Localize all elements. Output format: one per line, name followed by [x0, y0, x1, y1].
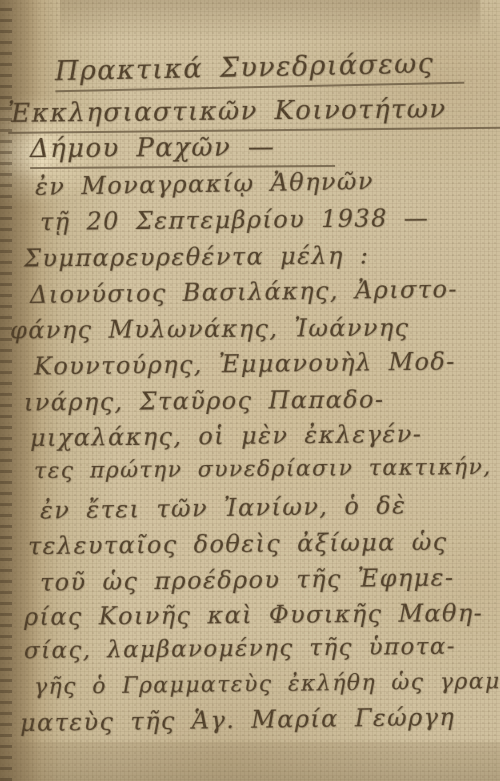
handwritten-line: Δήμου Ραχῶν —	[30, 132, 336, 169]
handwritten-line: τελευταῖος δοθεὶς ἀξίωμα ὡς	[28, 528, 448, 560]
handwritten-line: ἐν ἔτει τῶν Ἰανίων, ὁ δὲ	[40, 491, 407, 524]
handwritten-line: ματεὺς τῆς Ἁγ. Μαρία Γεώργη	[20, 703, 456, 737]
handwritten-line: φάνης Μυλωνάκης, Ἰωάννης	[10, 314, 410, 345]
handwritten-line: τοῦ ὡς προέδρου τῆς Ἐφημε-	[40, 563, 455, 596]
handwritten-line: σίας, λαμβανομένης τῆς ὑποτα-	[24, 634, 456, 665]
handwritten-line: μιχαλάκης, οἱ μὲν ἐκλεγέν-	[30, 420, 422, 452]
handwritten-line: Πρακτικά Συνεδριάσεως	[55, 48, 465, 93]
bottom-edge-shadow	[0, 742, 500, 781]
handwritten-line: ρίας Κοινῆς καὶ Φυσικῆς Μαθη-	[24, 599, 483, 631]
handwritten-line: Κουντούρης, Ἐμμανουὴλ Μοδ-	[34, 347, 456, 380]
scanned-document: Πρακτικά ΣυνεδριάσεωςἘκκλησιαστικῶν Κοιν…	[0, 0, 500, 781]
handwritten-line: ἐν Μοναγρακίῳ Ἀθηνῶν	[35, 167, 374, 201]
handwritten-line: τες πρώτην συνεδρίασιν τακτικήν,	[34, 455, 492, 484]
handwritten-line: γῆς ὁ Γραμματεὺς ἐκλήθη ὡς γραμ-	[34, 669, 500, 700]
paper-page: Πρακτικά ΣυνεδριάσεωςἘκκλησιαστικῶν Κοιν…	[0, 0, 500, 781]
handwritten-line: Διονύσιος Βασιλάκης, Ἀριστο-	[30, 275, 458, 309]
handwritten-line: Ἐκκλησιαστικῶν Κοινοτήτων	[8, 93, 500, 134]
handwritten-line: ινάρης, Σταῦρος Παπαδο-	[24, 385, 385, 416]
handwritten-line: Συμπαρευρεθέντα μέλη :	[24, 241, 370, 272]
handwritten-line: τῇ 20 Σεπτεμβρίου 1938 —	[40, 204, 429, 236]
top-edge-shadow	[60, 0, 480, 40]
